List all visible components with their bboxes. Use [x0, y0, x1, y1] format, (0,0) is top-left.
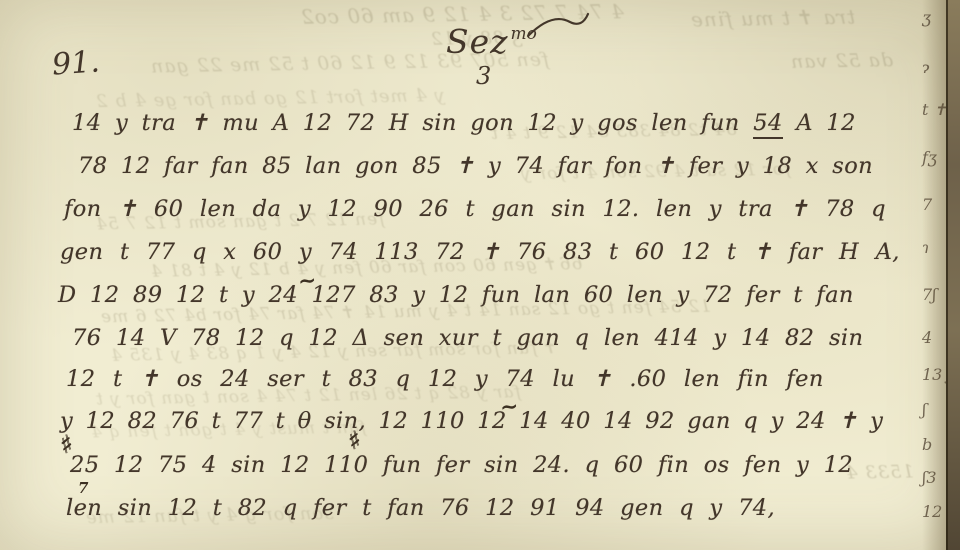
cipher-line-1-pre: 14 y tra ✝ mu A 12 72 H sin gon 12 y gos… — [72, 110, 753, 136]
inserted-digit: 7 — [78, 479, 88, 497]
page-edge-shadow — [922, 0, 948, 550]
bleedthrough-text: tra ✝ t mu fine — [690, 5, 856, 32]
bleedthrough-text: da 52 van — [790, 49, 893, 73]
cipher-line-4: gen t 77 q x 60 y 74 113 72 ✝ 76 83 t 60… — [60, 239, 900, 265]
cipher-line-5: D 12 89 12 t y 24 127 83 y 12 fun lan 60… — [58, 282, 854, 308]
cipher-line-1-underlined: 54 — [753, 110, 782, 139]
cipher-line-7: 12 t ✝ os 24 ser t 83 q 12 y 74 lu ✝ .60… — [66, 366, 824, 392]
heading-subscript-digit: 3 — [476, 62, 491, 90]
cipher-line-1-post: A 12 — [783, 110, 856, 136]
manuscript-page: 4 74 7 72 3 4 12 9 am 60 co2 ʒ 88 y 12 t… — [0, 0, 960, 550]
cipher-line-1: 14 y tra ✝ mu A 12 72 H sin gon 12 y gos… — [72, 110, 856, 136]
tilde-over-110: ~ — [499, 393, 520, 421]
book-binding-edge — [946, 0, 960, 550]
cipher-line-9: 25 12 75 4 sin 12 110 fun fer sin 24. q … — [70, 452, 853, 478]
heading-word: Sez — [446, 22, 509, 61]
tilde-over-127: ~ — [297, 267, 318, 295]
cipher-line-6: 76 14 V 78 12 q 12 Δ sen xur t gan q len… — [72, 325, 863, 351]
cipher-line-10: len sin 12 t 82 q fer t fan 76 12 91 94 … — [66, 495, 775, 521]
cipher-line-3: fon ✝ 60 len da y 12 90 26 t gan sin 12.… — [64, 196, 886, 222]
page-heading: Sezmo 3 — [446, 22, 535, 61]
bleedthrough-text: 1533 4 — [845, 461, 914, 483]
heading-flourish — [524, 8, 596, 40]
cipher-line-8: y 12 82 76 t 77 t θ sin, 12 110 12 14 40… — [60, 408, 883, 434]
folio-number: 91. — [51, 44, 101, 82]
cipher-line-2: 78 12 far fan 85 lan gon 85 ✝ y 74 far f… — [78, 153, 873, 179]
bleedthrough-text: y 4 met fort 12 go ban for ge 4 b 2 — [95, 85, 445, 112]
